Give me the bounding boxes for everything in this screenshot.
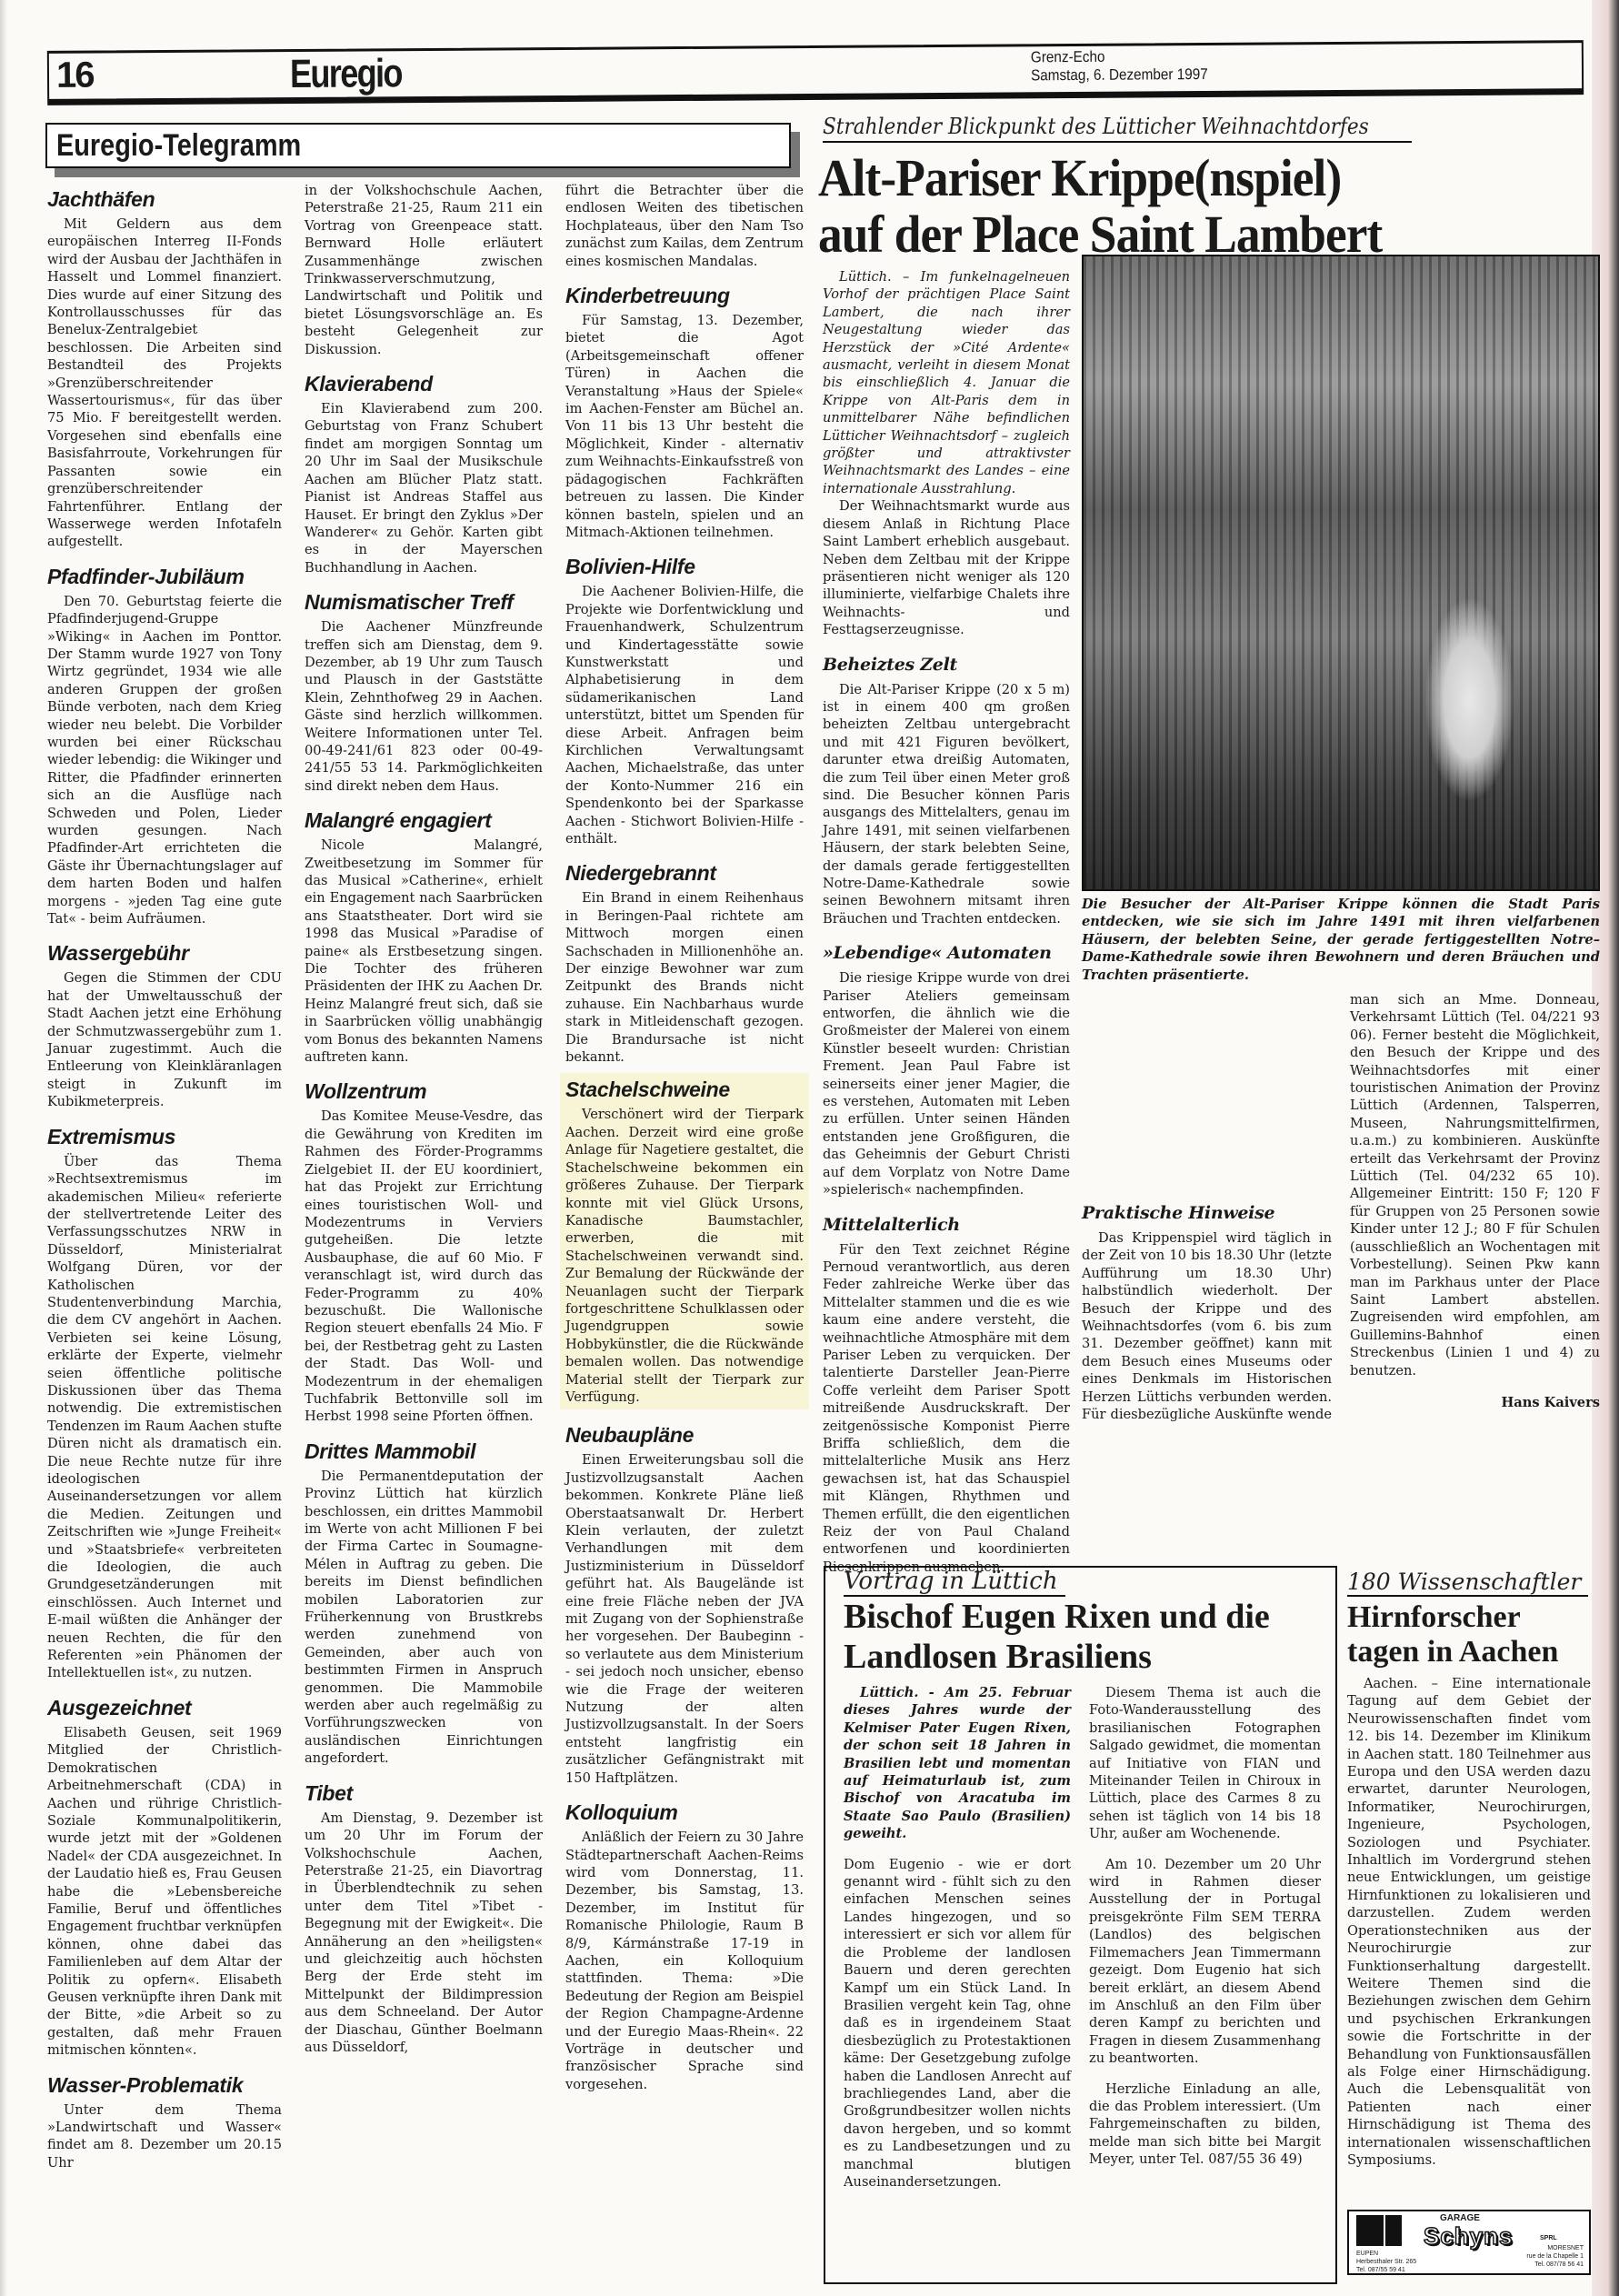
ad-logo-icon xyxy=(1356,2215,1384,2246)
telegram-column-1: Jachthäfen Mit Geldern aus dem europäisc… xyxy=(47,186,282,2171)
lead-headline: Alt-Pariser Krippe(nspiel) auf der Place… xyxy=(818,150,1504,263)
ad-address: rue de la Chapelle 1 xyxy=(1526,2252,1584,2261)
lead-paragraph: Der Weihnachtsmarkt wurde aus diesem Anl… xyxy=(823,497,1070,638)
highlighted-item: Stachelschweine Verschönert wird der Tie… xyxy=(560,1073,809,1409)
item-text: Die Aachener Münzfreunde treffen sich am… xyxy=(305,618,543,795)
item-heading: Wasser-Problematik xyxy=(47,2072,282,2098)
lead-paragraph: Die Alt-Pariser Krippe (20 x 5 m) ist in… xyxy=(823,681,1070,928)
page-edge-left xyxy=(0,0,7,2296)
page-number: 16 xyxy=(56,55,94,96)
lead-column-1: Lüttich. – Im funkelnagelneuen Vorhof de… xyxy=(823,268,1070,1576)
telegram-column-3: führt die Betrachter über die endlosen W… xyxy=(565,182,804,2093)
paper-info: Grenz-Echo Samstag, 6. Dezember 1997 xyxy=(1031,47,1208,85)
ad-address-right: MORESNET rue de la Chapelle 1 Tel. 087/7… xyxy=(1526,2244,1584,2269)
bischof-paragraph: Diesem Thema ist auch die Foto-Wanderaus… xyxy=(1089,1684,1321,1843)
telegram-header: Euregio-Telegramm xyxy=(45,123,791,168)
item-text: Ein Klavierabend zum 200. Geburtstag von… xyxy=(305,400,543,577)
bischof-paragraph: Dom Eugenio - wie er dort genannt wird -… xyxy=(844,1856,1071,2191)
item-heading: Malangré engagiert xyxy=(305,807,543,833)
item-heading: Drittes Mammobil xyxy=(305,1439,543,1464)
bischof-headline: Bischof Eugen Rixen und die Landlosen Br… xyxy=(844,1597,1334,1677)
bischof-intro: Lüttich. - Am 25. Februar dieses Jahres … xyxy=(844,1684,1071,1843)
item-text-continued: in der Volkshochschule Aachen, Peterstra… xyxy=(305,182,543,358)
item-heading: Jachthäfen xyxy=(47,186,282,212)
item-text: Über das Thema »Rechtsextremismus im aka… xyxy=(47,1153,282,1682)
item-heading: Wassergebühr xyxy=(47,940,282,966)
item-heading: Ausgezeichnet xyxy=(47,1695,282,1720)
lead-subheading: Praktische Hinweise xyxy=(1082,1200,1332,1226)
ad-phone: Tel. 087/55 59 41 xyxy=(1356,2266,1416,2274)
ad-address-left: EUPEN Herbesthaler Str. 265 Tel. 087/55 … xyxy=(1356,2250,1416,2274)
krippe-photo xyxy=(1082,255,1600,891)
hirn-kicker: 180 Wissenschaftler xyxy=(1347,1569,1588,1597)
item-text-continued: führt die Betrachter über die endlosen W… xyxy=(565,182,804,270)
item-text: Mit Geldern aus dem europäischen Interre… xyxy=(47,216,282,551)
item-text: Das Komitee Meuse-Vesdre, das die Gewähr… xyxy=(305,1108,543,1425)
item-heading: Pfadfinder-Jubiläum xyxy=(47,564,282,589)
item-text: Anläßlich der Feiern zu 30 Jahre Städtep… xyxy=(565,1829,804,2093)
item-heading: Numismatischer Treff xyxy=(305,589,543,615)
item-text: Die Aachener Bolivien-Hilfe, die Projekt… xyxy=(565,583,804,847)
item-heading: Stachelschweine xyxy=(565,1077,804,1102)
item-heading: Kinderbetreuung xyxy=(565,283,804,308)
author-byline: Hans Kaivers xyxy=(1350,1394,1600,1411)
photo-caption: Die Besucher der Alt-Pariser Krippe könn… xyxy=(1082,896,1600,984)
ad-suffix: SPRL xyxy=(1540,2235,1557,2241)
item-text: Am Dienstag, 9. Dezember ist um 20 Uhr i… xyxy=(305,1810,543,2057)
item-heading: Klavierabend xyxy=(305,371,543,396)
lead-subheading: Beheiztes Zelt xyxy=(823,652,1070,677)
item-heading: Niedergebrannt xyxy=(565,860,804,886)
item-text: Elisabeth Geusen, seit 1969 Mitglied der… xyxy=(47,1724,282,2060)
item-text: Für Samstag, 13. Dezember, bietet die Ag… xyxy=(565,312,804,541)
hirn-column: Aachen. – Eine internationale Tagung auf… xyxy=(1347,1675,1591,2169)
lead-intro: Lüttich. – Im funkelnagelneuen Vorhof de… xyxy=(823,268,1070,497)
section-name: Euregio xyxy=(290,51,402,97)
bischof-column-2: Diesem Thema ist auch die Foto-Wanderaus… xyxy=(1089,1684,1321,2181)
issue-date: Samstag, 6. Dezember 1997 xyxy=(1031,65,1208,85)
ad-logo-icon xyxy=(1385,2215,1402,2246)
bischof-paragraph: Am 10. Dezember um 20 Uhr wird in Rahmen… xyxy=(1089,1856,1321,2068)
lead-paragraph: Für den Text zeichnet Régine Pernoud ver… xyxy=(823,1241,1070,1577)
telegram-column-2: in der Volkshochschule Aachen, Peterstra… xyxy=(305,182,543,2056)
headline-line-1: Alt-Pariser Krippe(nspiel) xyxy=(818,150,1504,206)
bischof-column-1: Lüttich. - Am 25. Februar dieses Jahres … xyxy=(844,1684,1071,2203)
hirn-text: Aachen. – Eine internationale Tagung auf… xyxy=(1347,1675,1591,2169)
hirn-headline: Hirnforscher tagen in Aachen xyxy=(1347,1600,1593,1669)
item-text: Verschönert wird der Tierpark Aachen. De… xyxy=(565,1106,804,1406)
ad-brand: Schyns xyxy=(1424,2222,1514,2251)
lead-kicker: Strahlender Blickpunkt des Lütticher Wei… xyxy=(823,114,1412,143)
lead-column-2-3: Praktische Hinweise Das Krippenspiel wir… xyxy=(1082,991,1600,1546)
lead-paragraph: Die riesige Krippe wurde von drei Parise… xyxy=(823,969,1070,1198)
item-text: Die Permanentdeputation der Provinz Lütt… xyxy=(305,1468,543,1768)
item-text: Gegen die Stimmen der CDU hat der Umwelt… xyxy=(47,969,282,1110)
item-text: Nicole Malangré, Zweitbesetzung im Somme… xyxy=(305,837,543,1066)
item-text: Ein Brand in einem Reihenhaus in Beringe… xyxy=(565,889,804,1066)
paper-name: Grenz-Echo xyxy=(1031,47,1208,66)
bischof-article: Vortrag in Lüttich Bischof Eugen Rixen u… xyxy=(824,1566,1337,2284)
item-heading: Wollzentrum xyxy=(305,1078,543,1104)
ad-city: MORESNET xyxy=(1526,2244,1584,2252)
item-heading: Extremismus xyxy=(47,1124,282,1149)
item-text: Den 70. Geburtstag feierte die Pfadfinde… xyxy=(47,593,282,928)
masthead: 16 Euregio Grenz-Echo Samstag, 6. Dezemb… xyxy=(47,40,1584,105)
bischof-paragraph: Herzliche Einladung an alle, die das Pro… xyxy=(1089,2080,1321,2169)
ad-phone: Tel. 087/78 56 41 xyxy=(1526,2261,1584,2269)
telegram-title: Euregio-Telegramm xyxy=(56,128,301,164)
ad-address: Herbesthaler Str. 265 xyxy=(1356,2258,1416,2266)
bischof-kicker: Vortrag in Lüttich xyxy=(844,1568,1065,1597)
item-heading: Kolloquium xyxy=(565,1800,804,1825)
lead-subheading: »Lebendige« Automaten xyxy=(823,940,1070,966)
ad-city: EUPEN xyxy=(1356,2250,1416,2258)
item-heading: Neubaupläne xyxy=(565,1422,804,1448)
item-text: Unter dem Thema »Landwirtschaft und Wass… xyxy=(47,2101,282,2172)
garage-ad: GARAGE Schyns SPRL EUPEN Herbesthaler St… xyxy=(1347,2210,1591,2275)
lead-subheading: Mittelalterlich xyxy=(823,1212,1070,1238)
item-text: Einen Erweiterungsbau soll die Justizvol… xyxy=(565,1451,804,1787)
item-heading: Tibet xyxy=(305,1780,543,1806)
item-heading: Bolivien-Hilfe xyxy=(565,554,804,579)
